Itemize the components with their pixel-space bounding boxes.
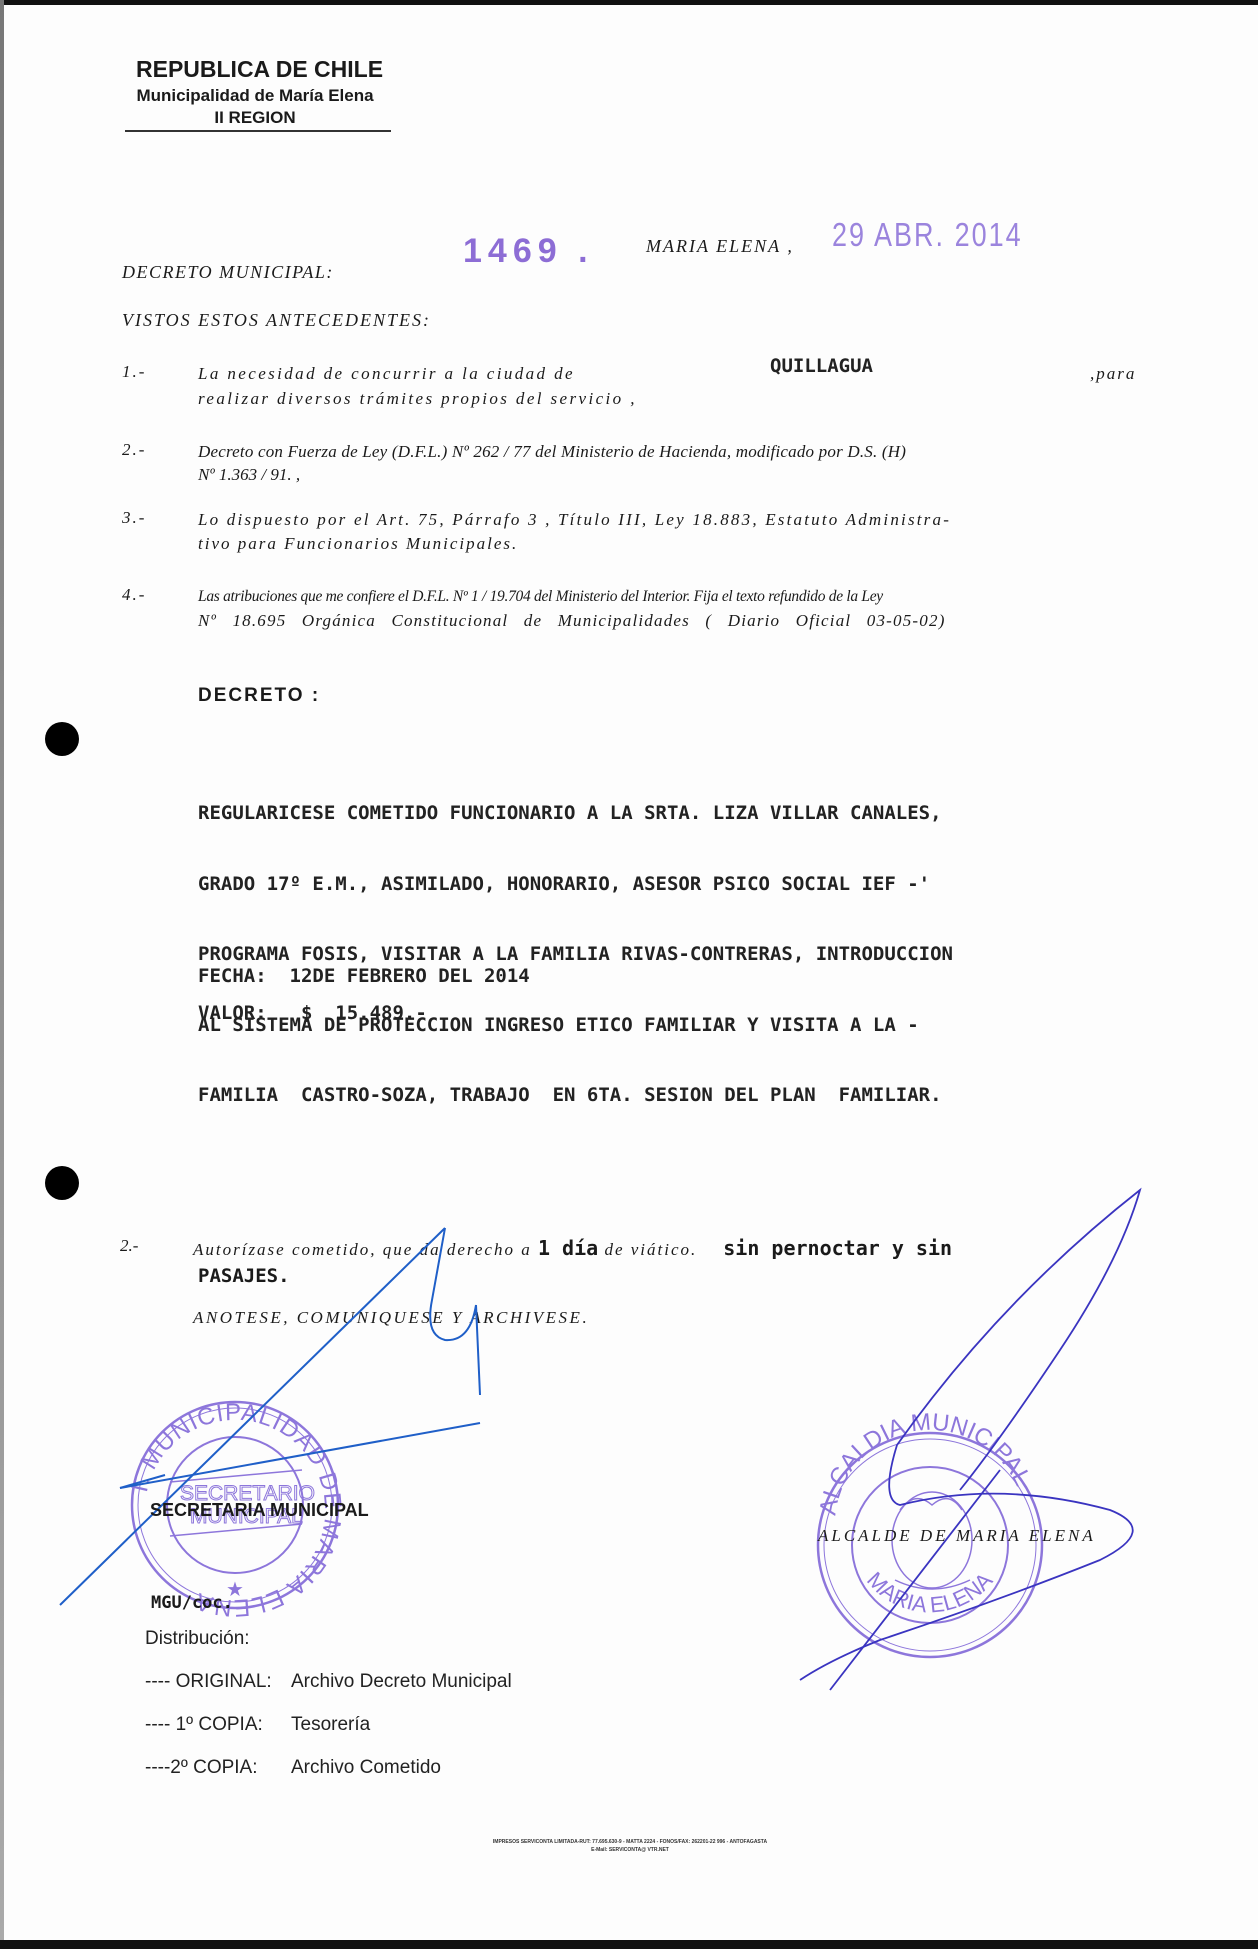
auth-days: 1 día xyxy=(538,1236,598,1260)
closing-formula: ANOTESE, COMUNIQUESE Y ARCHIVESE. xyxy=(193,1308,589,1328)
vistos-item-4-line2: Nº 18.695 Orgánica Constitucional de Mun… xyxy=(198,609,946,632)
valor-value: $ 15.489.- xyxy=(301,1002,427,1024)
decree-number-stamp: 1469 . xyxy=(463,232,594,271)
letterhead-municipality: Municipalidad de María Elena xyxy=(120,86,390,106)
distribution-row: ----2º COPIA:Archivo Cometido xyxy=(145,1757,441,1779)
vistos-item-1-line2: realizar diversos trámites propios del s… xyxy=(198,387,637,410)
decreto-body-line: GRADO 17º E.M., ASIMILADO, HONORARIO, AS… xyxy=(198,873,953,897)
decree-city: MARIA ELENA , xyxy=(646,236,794,257)
footer-line-2: E-Mail: SERVICONTA@ VTR.NET xyxy=(420,1846,840,1854)
scan-edge-left xyxy=(0,0,4,1949)
decreto-title: DECRETO : xyxy=(198,685,320,707)
punch-hole xyxy=(45,722,79,756)
scan-edge-bottom xyxy=(0,1940,1258,1949)
decree-label: DECRETO MUNICIPAL: xyxy=(122,262,334,283)
distribution-value: Archivo Decreto Municipal xyxy=(291,1671,512,1692)
vistos-item-2-line2: Nº 1.363 / 91. , xyxy=(198,463,300,486)
distribution-label: ---- ORIGINAL: xyxy=(145,1671,291,1693)
distribution-row: ---- ORIGINAL:Archivo Decreto Municipal xyxy=(145,1671,512,1693)
auth-extra: sin pernoctar y sin xyxy=(723,1236,952,1260)
footer-line-1: IMPRESOS SERVICONTA LIMITADA-RUT: 77.695… xyxy=(420,1838,840,1846)
alcalde-title: ALCALDE DE MARIA ELENA xyxy=(818,1526,1096,1546)
distribution-title: Distribución: xyxy=(145,1628,250,1650)
decree-date-stamp: 29 ABR. 2014 xyxy=(832,216,1023,255)
distribution-label: ----2º COPIA: xyxy=(145,1757,291,1779)
alcalde-signature xyxy=(800,1190,1140,1690)
vistos-item-1-city-field: QUILLAGUA xyxy=(770,355,873,377)
auth-text-before: Autorízase cometido, que da derecho a xyxy=(193,1240,532,1259)
vistos-item-3-line1: Lo dispuesto por el Art. 75, Párrafo 3 ,… xyxy=(198,508,951,531)
svg-text:ALCALDIA MUNICIPAL: ALCALDIA MUNICIPAL xyxy=(814,1409,1036,1518)
letterhead-rule xyxy=(125,130,391,132)
auth-line: Autorízase cometido, que da derecho a 1 … xyxy=(193,1236,952,1260)
vistos-item-3-line2: tivo para Funcionarios Municipales. xyxy=(198,532,518,555)
distribution-value: Tesorería xyxy=(291,1714,370,1735)
valor-label: VALOR: xyxy=(198,1002,267,1024)
valor-row: VALOR: $ 15.489.- xyxy=(198,1002,427,1024)
initials: MGU/coc. xyxy=(151,1593,233,1613)
fecha-row: FECHA: 12DE FEBRERO DEL 2014 xyxy=(198,965,530,987)
vistos-item-4-number: 4.- xyxy=(122,585,146,605)
letterhead-country: REPUBLICA DE CHILE xyxy=(126,56,436,83)
vistos-item-1-number: 1.- xyxy=(122,362,146,382)
printer-footer: IMPRESOS SERVICONTA LIMITADA-RUT: 77.695… xyxy=(420,1838,840,1854)
auth-pasajes: PASAJES. xyxy=(198,1265,290,1287)
decreto-body-line: REGULARICESE COMETIDO FUNCIONARIO A LA S… xyxy=(198,802,953,826)
vistos-item-1-para: ,para xyxy=(1090,362,1136,385)
scan-edge-top xyxy=(0,0,1258,5)
auth-text-after: de viático. xyxy=(604,1240,697,1259)
auth-number: 2.- xyxy=(120,1236,138,1256)
decreto-body-line: FAMILIA CASTRO-SOZA, TRABAJO EN 6TA. SES… xyxy=(198,1084,953,1108)
secretaria-title: SECRETARIA MUNICIPAL xyxy=(150,1500,369,1521)
vistos-item-2-line1: Decreto con Fuerza de Ley (D.F.L.) Nº 26… xyxy=(198,440,906,463)
vistos-title: VISTOS ESTOS ANTECEDENTES: xyxy=(122,310,431,331)
fecha-label: FECHA: xyxy=(198,965,267,987)
vistos-item-2-number: 2.- xyxy=(122,440,146,460)
vistos-item-4-line1: Las atribuciones que me confiere el D.F.… xyxy=(198,585,883,608)
vistos-item-1-line1: La necesidad de concurrir a la ciudad de xyxy=(198,362,575,385)
distribution-value: Archivo Cometido xyxy=(291,1757,441,1778)
distribution-row: ---- 1º COPIA:Tesorería xyxy=(145,1714,370,1736)
decreto-body-line: PROGRAMA FOSIS, VISITAR A LA FAMILIA RIV… xyxy=(198,943,953,967)
letterhead-region: II REGION xyxy=(120,108,390,128)
punch-hole xyxy=(45,1166,79,1200)
fecha-value: 12DE FEBRERO DEL 2014 xyxy=(290,965,530,987)
vistos-item-3-number: 3.- xyxy=(122,508,146,528)
distribution-label: ---- 1º COPIA: xyxy=(145,1714,291,1736)
svg-text:MARIA ELENA: MARIA ELENA xyxy=(862,1567,997,1618)
decreto-body: REGULARICESE COMETIDO FUNCIONARIO A LA S… xyxy=(198,755,953,1131)
